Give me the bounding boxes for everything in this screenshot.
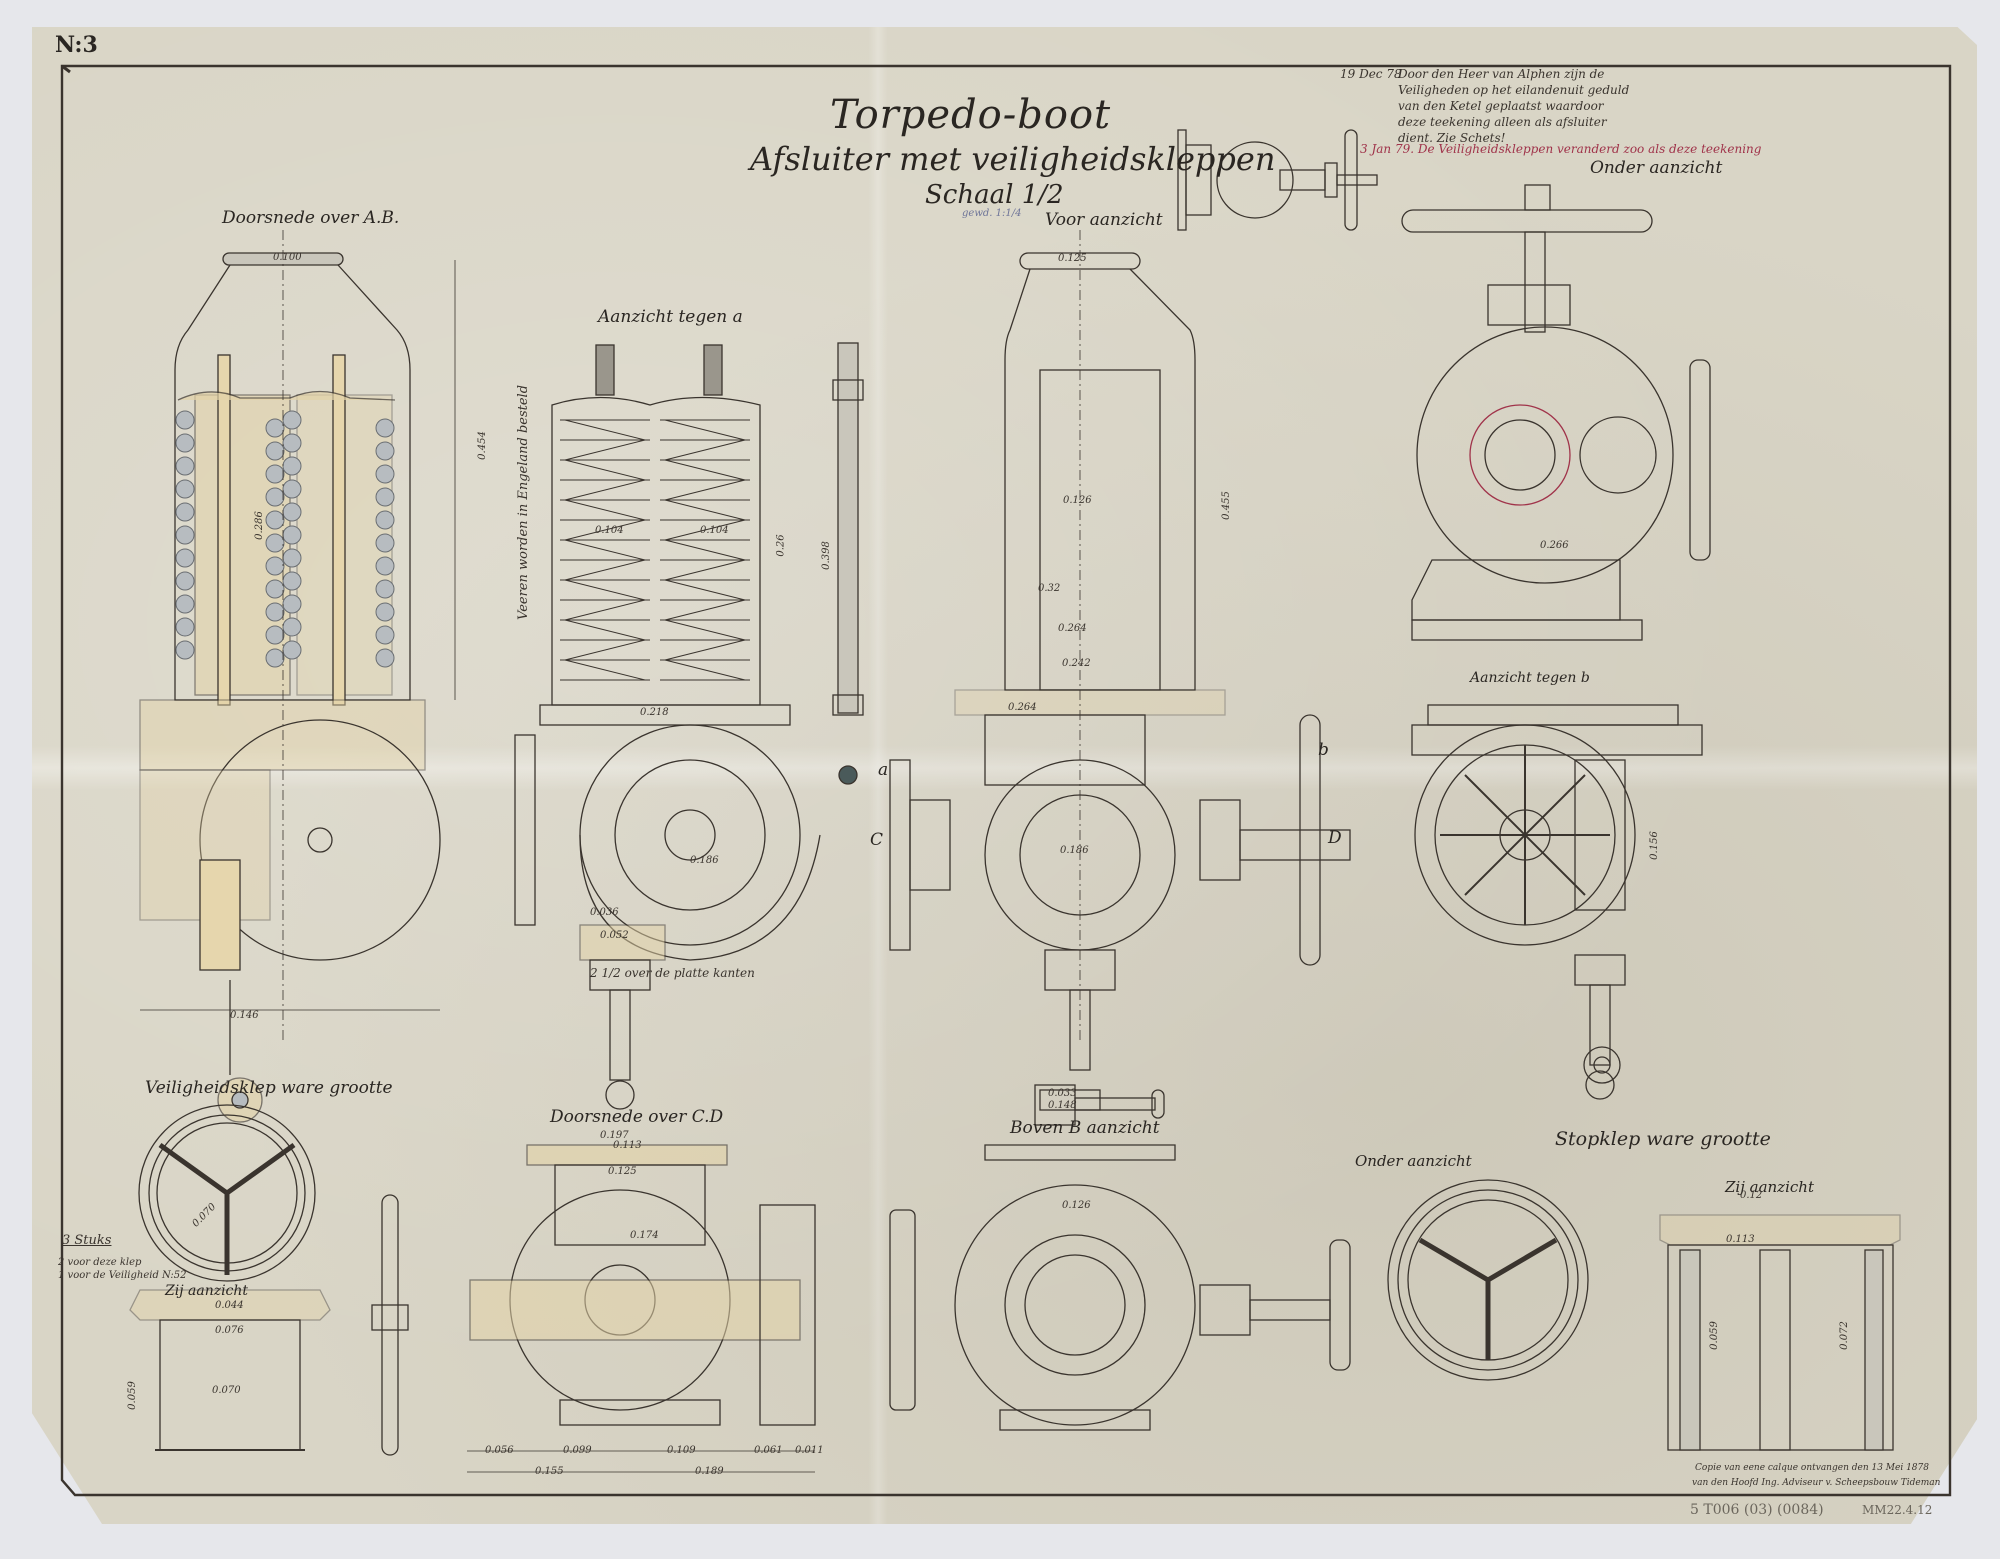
dim-top-b: 0.148	[1048, 1100, 1077, 1111]
view-b-drawing	[1412, 705, 1702, 1099]
dim-front-bore: 0.186	[1060, 845, 1089, 856]
dim-front-w1: 0.32	[1038, 583, 1060, 594]
dim-right-bolt: 0.266	[1540, 540, 1569, 551]
bottom-view-right-drawing	[1402, 185, 1710, 640]
note-line-1: Door den Heer van Alphen zijn de	[1398, 66, 1604, 82]
dim-bottom-1: 0.056	[485, 1445, 514, 1456]
drawing-scale: Schaal 1/2	[925, 180, 1064, 210]
front-view-drawing	[890, 230, 1350, 1110]
plate-note: 2 1/2 over de platte kanten	[590, 965, 755, 981]
dim-sv-top: 0.044	[215, 1300, 244, 1311]
dim-a-spring-1: 0.104	[595, 525, 624, 536]
label-stop-valve: Stopklep ware grootte	[1555, 1128, 1771, 1150]
dim-right-flange: 0.156	[1649, 831, 1660, 860]
note-date: 19 Dec 78	[1340, 66, 1402, 82]
dim-ab-height: 0.454	[477, 431, 488, 460]
archive-ref-code: MM22.4.12	[1862, 1503, 1932, 1517]
copy-note-line-2: van den Hoofd Ing. Adviseur v. Scheepsbo…	[1692, 1478, 1940, 1489]
marker-d: D	[1328, 828, 1342, 848]
dim-bottom-6: 0.155	[535, 1466, 564, 1477]
dim-sv-bottom: 0.070	[212, 1385, 241, 1396]
dim-a-spring-2: 0.104	[700, 525, 729, 536]
sheet-number: N:3	[55, 32, 98, 58]
drawing-border	[62, 66, 1950, 1495]
label-section-ab: Doorsnede over A.B.	[222, 208, 399, 228]
dim-ab-top: 0.100	[273, 252, 302, 263]
dim-a-nut: 0.052	[600, 930, 629, 941]
dim-cd-bore: 0.125	[608, 1166, 637, 1177]
dim-a-base: 0.218	[640, 707, 669, 718]
dim-bottom-5: 0.011	[795, 1445, 824, 1456]
marker-c: C	[870, 830, 883, 850]
spring-note: Veeren worden in Engeland besteld	[516, 385, 532, 620]
dim-zij-h2: 0.072	[1839, 1321, 1850, 1350]
section-ab-drawing	[140, 230, 455, 1122]
note-line-3: van den Ketel geplaatst waardoor	[1398, 98, 1604, 114]
dim-zij-h1: 0.059	[1709, 1321, 1720, 1350]
side-view-small-drawing	[372, 1195, 408, 1455]
marker-a: a	[878, 760, 888, 780]
red-revision-note: 3 Jan 79. De Veiligheidskleppen verander…	[1360, 141, 1761, 157]
technical-drawing	[0, 0, 2000, 1559]
dim-bottom-4: 0.061	[754, 1445, 783, 1456]
label-bottom-view-top: Onder aanzicht	[1590, 158, 1722, 178]
dim-a-bore: 0.186	[690, 855, 719, 866]
dim-bottom-3: 0.109	[667, 1445, 696, 1456]
dim-front-top: 0.125	[1058, 253, 1087, 264]
dim-front-w3: 0.242	[1062, 658, 1091, 669]
dim-zij-inner: 0.113	[1726, 1234, 1755, 1245]
dim-front-mid: 0.126	[1063, 495, 1092, 506]
dim-ab-base: 0.146	[230, 1010, 259, 1021]
dim-a-nut-w: 0.036	[590, 907, 619, 918]
view-a-drawing	[515, 345, 820, 1109]
dim-front-base: 0.264	[1008, 702, 1037, 713]
drawing-title: Torpedo-boot	[830, 92, 1111, 138]
label-section-cd: Doorsnede over C.D	[550, 1107, 723, 1127]
margin-note-line-2: 1 voor de Veiligheid N:52	[58, 1268, 187, 1284]
dim-cd-w2: 0.113	[613, 1140, 642, 1151]
copy-note-line-1: Copie van eene calque ontvangen den 13 M…	[1695, 1463, 1929, 1474]
dim-front-height: 0.455	[1221, 491, 1232, 520]
section-cd-drawing	[470, 1145, 815, 1425]
dim-front-w2: 0.264	[1058, 623, 1087, 634]
dim-sv-height: 0.059	[127, 1381, 138, 1410]
label-view-a: Aanzicht tegen a	[598, 307, 743, 327]
label-side-view-small: Zij aanzicht	[165, 1283, 248, 1299]
label-safety-valve: Veiligheidsklep ware grootte	[145, 1078, 393, 1098]
stop-valve-drawing	[1388, 1047, 1620, 1380]
dim-bottom-2: 0.099	[563, 1445, 592, 1456]
dim-a-spring-h: 0.26	[776, 534, 787, 556]
margin-note-title: 3 Stuks	[62, 1233, 111, 1249]
dim-bottom-7: 0.189	[695, 1466, 724, 1477]
label-side-view-right: Zij aanzicht	[1725, 1178, 1814, 1196]
drawing-subtitle: Afsluiter met veiligheidskleppen	[750, 140, 1275, 178]
dim-zij-width: 0.12	[1740, 1190, 1762, 1201]
scale-annotation: gewd. 1:1/4	[962, 208, 1021, 219]
stud-bolt-drawing	[833, 343, 863, 784]
archive-ref-pencil: 5 T006 (03) (0084)	[1690, 1502, 1824, 1518]
marker-b: b	[1318, 740, 1329, 760]
dim-rod-length: 0.398	[821, 541, 832, 570]
label-front-view: Voor aanzicht	[1045, 210, 1163, 230]
dim-top-a: 0.033	[1048, 1088, 1077, 1099]
side-view-right-drawing	[1660, 1215, 1900, 1450]
note-line-4: deze teekening alleen als afsluiter	[1398, 114, 1607, 130]
dim-ab-inner: 0.286	[254, 511, 265, 540]
label-view-b: Aanzicht tegen b	[1470, 670, 1590, 686]
label-stop-valve-bottom: Onder aanzicht	[1355, 1152, 1472, 1170]
dim-top-c: 0.126	[1062, 1200, 1091, 1211]
dim-cd-a: 0.174	[630, 1230, 659, 1241]
note-line-2: Veiligheden op het eilandenuit geduld	[1398, 82, 1629, 98]
label-top-view: Boven B aanzicht	[1010, 1118, 1160, 1138]
dim-sv-base: 0.076	[215, 1325, 244, 1336]
